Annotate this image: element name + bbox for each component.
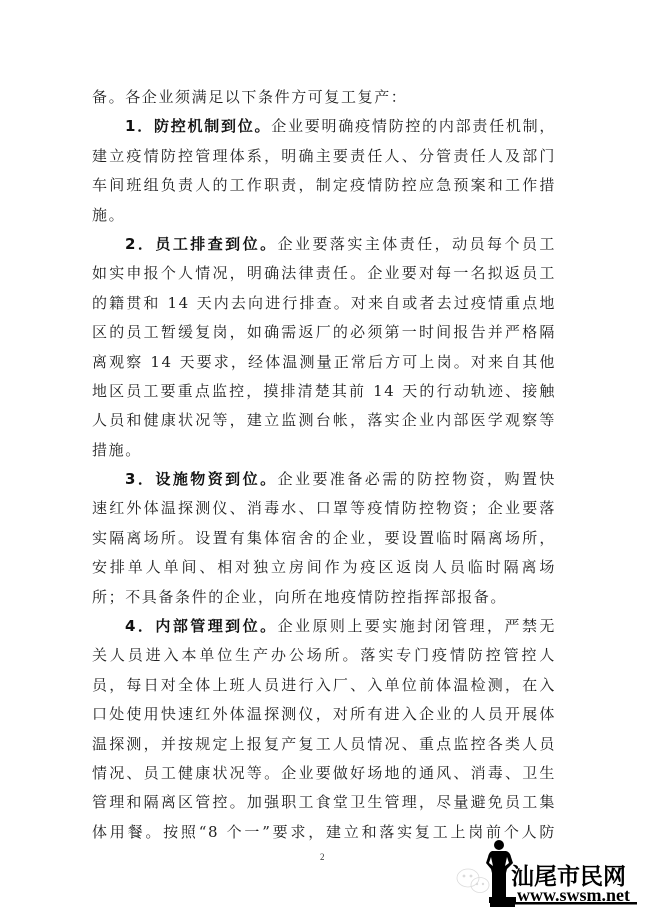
item-number: 3．: [125, 470, 155, 488]
page-number: 2: [320, 852, 325, 862]
item-heading-line: 1．防控机制到位。企业要明确疫情防控的内部责任机制，: [92, 112, 556, 141]
document-body: 备。各企业须满足以下条件方可复工复产： 1．防控机制到位。企业要明确疫情防控的内…: [92, 83, 556, 847]
watermark-url: www.swsm.net: [517, 886, 630, 904]
item-text: 企业要落实主体责任，动员每个员工: [278, 235, 556, 253]
text-line: 人员和健康状况等，建立监测台帐，落实企业内部医学观察等: [92, 406, 556, 435]
item-text: 企业原则上要实施封闭管理，严禁无: [278, 617, 556, 635]
item-number: 4．: [125, 617, 155, 635]
text-line: 所；不具备条件的企业，向所在地疫情防控指挥部报备。: [92, 583, 556, 612]
item-heading: 员工排查到位。: [155, 235, 277, 253]
item-text: 企业要明确疫情防控的内部责任机制，: [271, 117, 556, 135]
text-line: 员，每日对全体上班人员进行入厂、入单位前体温检测，在入: [92, 671, 556, 700]
text-line: 温探测，并按规定上报复产复工人员情况、重点监控各类人员: [92, 730, 556, 759]
text-line: 离观察 14 天要求，经体温测量正常后方可上岗。对来自其他: [92, 348, 556, 377]
text-line: 的籍贯和 14 天内去向进行排查。对来自或者去过疫情重点地: [92, 289, 556, 318]
text-line: 情况、员工健康状况等。企业要做好场地的通风、消毒、卫生: [92, 759, 556, 788]
item-text: 企业要准备必需的防控物资，购置快: [278, 470, 556, 488]
item-4: 4．内部管理到位。企业原则上要实施封闭管理，严禁无 关人员进入本单位生产办公场所…: [92, 612, 556, 847]
item-heading-line: 3．设施物资到位。企业要准备必需的防控物资，购置快: [92, 465, 556, 494]
text-line: 地区员工要重点监控，摸排清楚其前 14 天的行动轨迹、接触: [92, 377, 556, 406]
wechat-icon: [457, 869, 489, 893]
text-line: 车间班组负责人的工作职责，制定疫情防控应急预案和工作措: [92, 171, 556, 200]
text-line: 口处使用快速红外体温探测仪，对所有进入企业的人员开展体: [92, 700, 556, 729]
text-line: 如实申报个人情况，明确法律责任。企业要对每一名拟返员工: [92, 259, 556, 288]
text-line: 速红外体温探测仪、消毒水、口罩等疫情防控物资；企业要落: [92, 494, 556, 523]
text-line: 施。: [92, 201, 556, 230]
item-heading: 内部管理到位。: [155, 617, 277, 635]
item-1: 1．防控机制到位。企业要明确疫情防控的内部责任机制， 建立疫情防控管理体系，明确…: [92, 112, 556, 230]
watermark: 汕尾市民网 www.swsm.net: [440, 835, 649, 911]
text-line: 关人员进入本单位生产办公场所。落实专门疫情防控管控人: [92, 641, 556, 670]
text-line: 建立疫情防控管理体系，明确主要责任人、分管责任人及部门: [92, 142, 556, 171]
item-number: 2．: [125, 235, 155, 253]
intro-line: 备。各企业须满足以下条件方可复工复产：: [92, 83, 556, 112]
text-line: 措施。: [92, 436, 556, 465]
text-line: 安排单人单间、相对独立房间作为疫区返岗人员临时隔离场: [92, 553, 556, 582]
item-heading: 防控机制到位。: [154, 117, 271, 135]
item-3: 3．设施物资到位。企业要准备必需的防控物资，购置快 速红外体温探测仪、消毒水、口…: [92, 465, 556, 612]
item-heading-line: 2．员工排查到位。企业要落实主体责任，动员每个员工: [92, 230, 556, 259]
text-line: 实隔离场所。设置有集体宿舍的企业，要设置临时隔离场所，: [92, 524, 556, 553]
item-heading-line: 4．内部管理到位。企业原则上要实施封闭管理，严禁无: [92, 612, 556, 641]
text-line: 区的员工暂缓复岗，如确需返厂的必须第一时间报告并严格隔: [92, 318, 556, 347]
text-line: 管理和隔离区管控。加强职工食堂卫生管理，尽量避免员工集: [92, 788, 556, 817]
item-heading: 设施物资到位。: [155, 470, 277, 488]
item-2: 2．员工排查到位。企业要落实主体责任，动员每个员工 如实申报个人情况，明确法律责…: [92, 230, 556, 465]
item-number: 1．: [125, 117, 154, 135]
